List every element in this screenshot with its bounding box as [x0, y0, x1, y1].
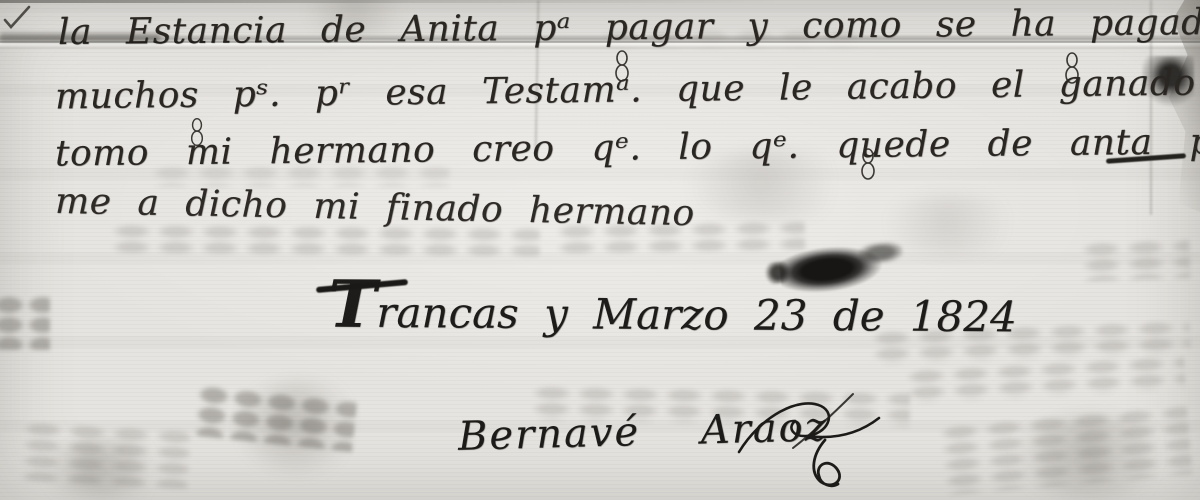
dateline: Trancas y Marzo 23 de 1824 [328, 266, 1017, 349]
manuscript-page: la Estancia de Anita pᵃ pagar y como se … [0, 0, 1200, 500]
ghost-writing [19, 421, 192, 490]
descender-loop [858, 146, 878, 182]
dateline-place: Trancas [328, 266, 519, 345]
ghost-writing [0, 295, 50, 350]
ghost-writing [1079, 238, 1190, 282]
dateline-rest: y Marzo 23 de 1824 [544, 289, 1017, 341]
descender-loop [188, 116, 206, 148]
pen-check-mark [2, 4, 32, 32]
paper-stain [880, 195, 1030, 255]
descender-loop [1062, 50, 1082, 86]
fold-crease-line [0, 41, 1200, 43]
descender-loop [612, 48, 632, 84]
manuscript-line-3: tomo mi hermano creo qᵉ. lo qᵉ. quede de… [55, 120, 1200, 176]
signature-rubric [733, 390, 883, 498]
